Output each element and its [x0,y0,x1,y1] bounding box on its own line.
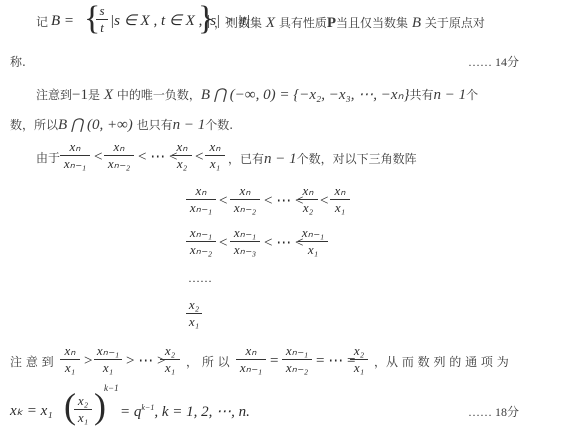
op-lt: < [219,194,227,209]
score-18: …… 18分 [468,406,519,418]
p2-line1: 注意到−1是 X 中的唯一负数，B ⋂ (−∞, 0) = {−x₂, −x₃,… [36,88,478,103]
tri-r1-f4: xₙx₁ [330,184,350,215]
tri-r2-f2: xₙ₋₁xₙ₋₃ [230,226,260,257]
p1-text: ，则数集 X 具有性质P当且仅当数集 B 关于原点对 [214,16,485,31]
p3-lead: 由于 [36,152,60,164]
formula-frac: x₂x₁ [74,394,92,425]
op-lt: < [195,150,203,165]
p4-gt-f3: x₂x₁ [160,344,180,375]
p4-eq-f2: xₙ₋₁xₙ₋₂ [282,344,312,375]
p3-tail: ，已有n − 1个数，对以下三角数阵 [228,152,417,167]
op-gt: > [84,354,92,369]
p4-lead: 注 意 到 [10,356,54,368]
op-lt: < [320,194,328,209]
p3-frac-3: xₙx₂ [172,140,192,171]
tri-r2-f1: xₙ₋₁xₙ₋₂ [186,226,216,257]
right-brace: } [198,2,214,36]
tri-r1-f3: xₙx₂ [298,184,318,215]
set-b-def: B = [51,14,74,29]
fraction-s-over-t: st [96,4,108,35]
tri-r2-f3: xₙ₋₁x₁ [298,226,328,257]
op-eq: = [270,354,278,369]
tri-r1-f1: xₙxₙ₋₁ [186,184,216,215]
p1-lead: 记 [36,16,48,28]
triangle-ellipsis: …… [188,272,212,284]
p3-frac-4: xₙx₁ [205,140,225,171]
p4-tail: ，从 而 数 列 的 通 项 为 [374,356,509,368]
op-lt: < [219,236,227,251]
p1-wrap: 称. [10,56,26,68]
p4-gt-f1: xₙx₁ [60,344,80,375]
score-14: …… 14分 [468,56,519,68]
tri-r1-f2: xₙxₙ₋₂ [230,184,260,215]
p3-frac-2: xₙxₙ₋₂ [104,140,134,171]
p3-frac-1: xₙxₙ₋₁ [60,140,90,171]
p4-so: ， 所 以 [186,356,230,368]
formula-exp: k−1 [104,384,119,393]
tri-last-f1: x₂x₁ [186,298,202,329]
formula-rhs: = qk−1, k = 1, 2, ⋯, n. [120,404,250,420]
right-paren: ) [94,388,106,424]
formula-lhs: xₖ = x₁ [10,404,53,419]
op-lt: < [94,150,102,165]
p2-line2: 数，所以B ⋂ (0, +∞) 也只有n − 1个数. [10,118,233,133]
p4-gt-f2: xₙ₋₁x₁ [94,344,122,375]
p4-eq-f1: xₙxₙ₋₁ [236,344,266,375]
p4-eq-f3: x₂x₁ [350,344,368,375]
